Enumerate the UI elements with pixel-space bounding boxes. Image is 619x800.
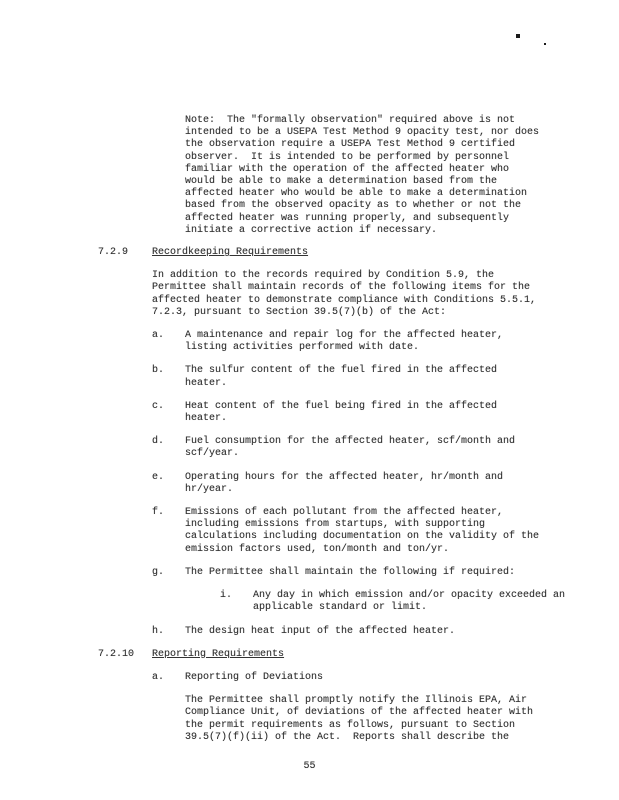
- page-number: 55: [0, 761, 619, 773]
- item-marker: h.: [152, 626, 185, 638]
- item-marker: e.: [152, 472, 185, 496]
- document-page: Note: The "formally observation" require…: [0, 0, 619, 800]
- list-item-f: f. Emissions of each pollutant from the …: [152, 507, 568, 556]
- reporting-item-a: a. Reporting of Deviations The Permittee…: [152, 672, 568, 744]
- reporting-item-title: Reporting of Deviations: [185, 672, 323, 683]
- section-title: Recordkeeping Requirements: [152, 247, 308, 259]
- note-paragraph: Note: The "formally observation" require…: [185, 115, 568, 237]
- item-marker: d.: [152, 436, 185, 460]
- item-text: Heat content of the fuel being fired in …: [185, 401, 497, 425]
- item-marker: a.: [152, 672, 185, 744]
- sub-item-i: i. Any day in which emission and/or opac…: [220, 590, 568, 614]
- scan-artifact-speck: [544, 43, 546, 45]
- list-item-g: g. The Permittee shall maintain the foll…: [152, 567, 568, 579]
- item-marker: b.: [152, 365, 185, 389]
- sub-item-marker: i.: [220, 590, 253, 614]
- scan-artifact-speck: [516, 34, 520, 38]
- section-heading-recordkeeping: 7.2.9 Recordkeeping Requirements: [98, 247, 568, 259]
- item-text: The design heat input of the affected he…: [185, 626, 455, 638]
- section-number: 7.2.10: [98, 649, 152, 661]
- list-item-d: d. Fuel consumption for the affected hea…: [152, 436, 568, 460]
- item-text: Fuel consumption for the affected heater…: [185, 436, 515, 460]
- item-marker: f.: [152, 507, 185, 556]
- list-item-e: e. Operating hours for the affected heat…: [152, 472, 568, 496]
- item-text: The sulfur content of the fuel fired in …: [185, 365, 497, 389]
- item-marker: c.: [152, 401, 185, 425]
- section-title: Reporting Requirements: [152, 649, 284, 661]
- list-item-a: a. A maintenance and repair log for the …: [152, 330, 568, 354]
- list-item-c: c. Heat content of the fuel being fired …: [152, 401, 568, 425]
- reporting-item-block: Reporting of Deviations The Permittee sh…: [185, 672, 533, 744]
- item-text: Emissions of each pollutant from the aff…: [185, 507, 539, 556]
- section-heading-reporting: 7.2.10 Reporting Requirements: [98, 649, 568, 661]
- item-text: Operating hours for the affected heater,…: [185, 472, 503, 496]
- item-marker: a.: [152, 330, 185, 354]
- list-item-b: b. The sulfur content of the fuel fired …: [152, 365, 568, 389]
- sub-item-text: Any day in which emission and/or opacity…: [253, 590, 565, 614]
- section-number: 7.2.9: [98, 247, 152, 259]
- reporting-paragraph: The Permittee shall promptly notify the …: [185, 695, 533, 744]
- item-text: The Permittee shall maintain the followi…: [185, 567, 515, 579]
- item-marker: g.: [152, 567, 185, 579]
- list-item-h: h. The design heat input of the affected…: [152, 626, 568, 638]
- document-content: Note: The "formally observation" require…: [98, 115, 568, 755]
- recordkeeping-intro-paragraph: In addition to the records required by C…: [152, 270, 568, 319]
- item-text: A maintenance and repair log for the aff…: [185, 330, 503, 354]
